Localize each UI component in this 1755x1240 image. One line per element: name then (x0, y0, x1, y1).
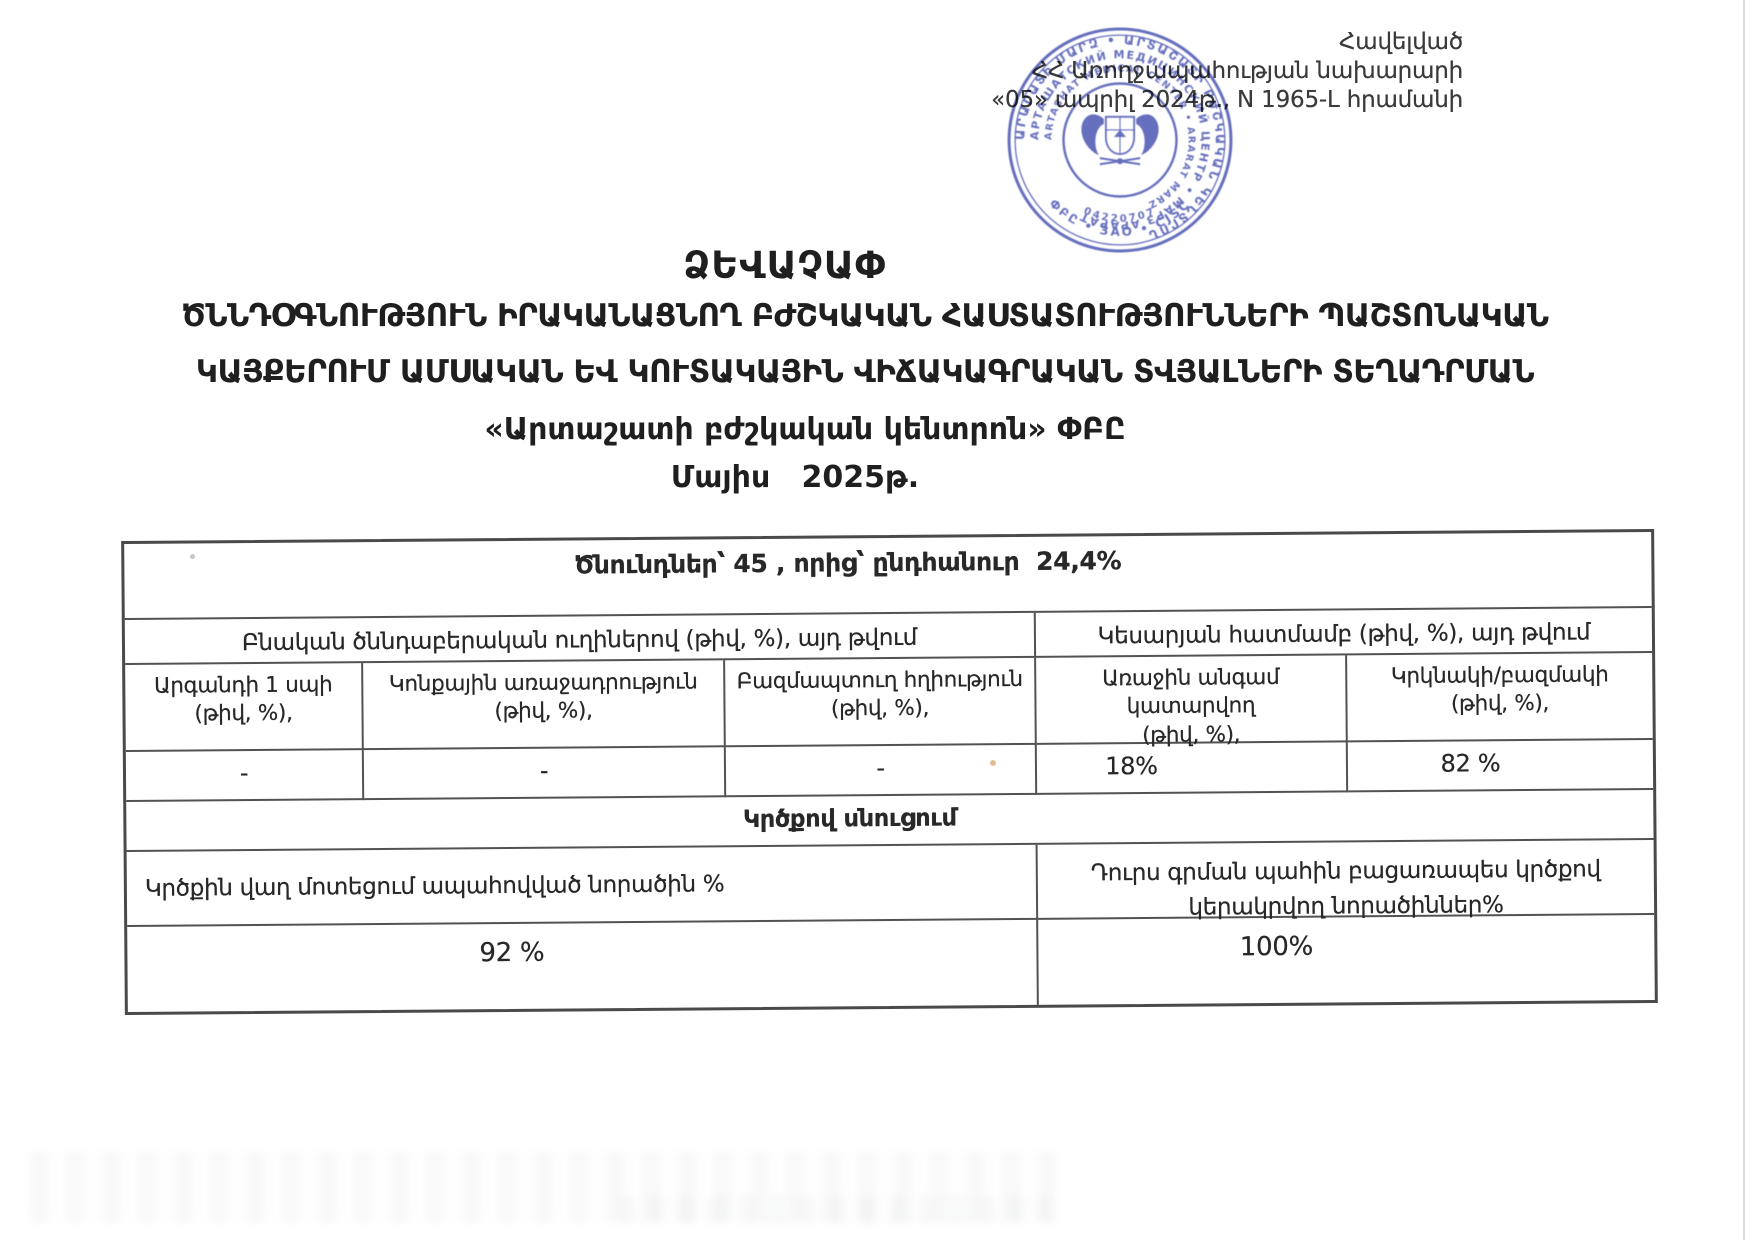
bleed-through-smudge-1 (30, 1152, 1060, 1222)
bleed-through-smudge-2 (620, 1196, 1050, 1224)
stamp-seal-graphic: ԱՐԱՐԱՏԻ ՄԱՐԶ • ԱՐՏԱՇԱՏԻ ԲԺՇԿԱԿԱՆ ԿԵՆՏՐՈՆ… (1004, 24, 1236, 256)
value-uterine-scar: - (126, 750, 364, 802)
col-header-multiple-pregnancy: Բազմապտուղ հղիություն (թիվ, %), (725, 658, 1037, 747)
statistics-table: Ծնունդներ՝ 45 , որից՝ ընդհանուր 24,4% Բն… (121, 529, 1658, 1015)
scan-edge-line (1743, 0, 1745, 1240)
value-breech-presentation: - (364, 747, 726, 800)
stamp-seal: ԱՐԱՐԱՏԻ ՄԱՐԶ • ԱՐՏԱՇԱՏԻ ԲԺՇԿԱԿԱՆ ԿԵՆՏՐՈՆ… (1004, 24, 1236, 256)
col-header-breech-presentation: Կոնքային առաջադրություն (թիվ, %), (363, 660, 726, 750)
value-multiple-pregnancy: - (726, 745, 1037, 797)
ink-dot-1 (990, 760, 996, 766)
coat-of-arms-icon (1081, 114, 1158, 164)
heading-line-2: ԿԱՅՔԵՐՈՒՄ ԱՄՍԱԿԱՆ ԵՎ ԿՈՒՏԱԿԱՅԻՆ ՎԻՃԱԿԱԳՐ… (60, 354, 1670, 390)
col-header-first-time-cesarean: Առաջին անգամ կատարվող (թիվ, %), (1036, 655, 1348, 744)
statistics-table-wrap: Ծնունդներ՝ 45 , որից՝ ընդհանուր 24,4% Բն… (121, 529, 1658, 1015)
early-attachment-label: Կրծքին վաղ մոտեցում ապահովված նորածին % (127, 845, 1039, 927)
form-title: ՁԵՎԱՉԱՓ (60, 244, 1510, 287)
natural-delivery-group-header: Բնական ծննդաբերական ուղիներով (թիվ, %), … (125, 613, 1036, 665)
early-attachment-value: 92 % (127, 920, 1039, 1012)
scanned-document-page: { "annotation": { "line1": "Հավելված", "… (0, 0, 1755, 1240)
ink-dot-2 (190, 554, 195, 559)
report-period: Մայիս 2025թ. (60, 460, 1530, 495)
value-repeat-cesarean: 82 % (1348, 740, 1653, 792)
heading-line-1: ԾՆՆԴՕԳՆՈՒԹՅՈՒՆ ԻՐԱԿԱՆԱՑՆՈՂ ԲԺՇԿԱԿԱՆ ՀԱՍՏ… (60, 298, 1670, 334)
births-summary-cell: Ծնունդներ՝ 45 , որից՝ ընդհանուր 24,4% (124, 532, 1652, 620)
col-header-uterine-scar: Արգանդի 1 սպի (թիվ, %), (125, 663, 364, 752)
exclusive-breastfeeding-label: Դուրս գրման պահին բացառապես կրծքով կերակ… (1038, 840, 1655, 920)
value-first-time-cesarean: 18% (1037, 742, 1348, 794)
exclusive-breastfeeding-value: 100% (1038, 915, 1655, 1005)
cesarean-group-header: Կեսարյան հատմամբ (թիվ, %), այդ թվում (1036, 608, 1652, 658)
organization-name: «Արտաշատի բժշկական կենտրոն» ՓԲԸ (60, 412, 1550, 447)
col-header-repeat-cesarean: Կրկնակի/բազմակի (թիվ, %), (1347, 653, 1653, 742)
